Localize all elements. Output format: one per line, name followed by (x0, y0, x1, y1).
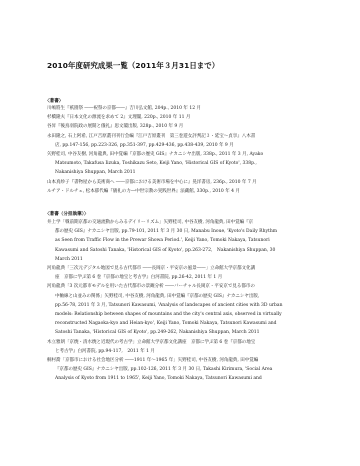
document-page: 2010年度研究成果一覧（2011年３月31日まで） 〈著書〉 川嶋將生『祇園祭… (0, 0, 360, 466)
list-item: 川嶋將生『祇園祭 ――祝祭の京都――』吉川弘文館, 204p., 2010 年 … (47, 104, 319, 113)
entry-line: Analysis of Kyoto from 1911 to 1965', Ke… (47, 374, 319, 383)
list-item: 河角龍典「3 次元都市モデルを用いた古代都市の景観分析 ――バーチャル長岡京・平… (47, 282, 319, 337)
entry-line: Matsumoto, Takafusa Iizuka, Toshikazu Se… (47, 159, 319, 168)
list-item: 谷昇『後鳥羽院政の展開と儀礼』思文閣出版, 328p., 2010 年 9 月 (47, 122, 319, 131)
entry-line: reconstructed Nagaoka-kyo and Heian-kyo'… (47, 319, 319, 328)
entry-line: as Seen from Traffic Flow in the Prewar … (47, 236, 319, 245)
entry-line: 井上学「戦前期京都の交通流動からみるデイリーリズム」矢野桂司, 中谷友樹, 河角… (47, 218, 319, 227)
list-item: ルチア・ドルチェ, 松本郁代編『儀礼の力―中世宗教の実践世界』法藏館, 330p… (47, 187, 319, 196)
section-heading-chapters: 〈著書（分担執筆）〉 (45, 211, 89, 217)
list-item: 井上学「戦前期京都の交通流動からみるデイリーリズム」矢野桂司, 中谷友樹, 河角… (47, 218, 319, 264)
entry-line: 座 京都に学ぶ第 6 巻『京都の地宝と考古学』白河書院, pp.26-42, 2… (47, 273, 319, 282)
entry-line: pp.56-78, 2011 年 3 月, Tatsunori Kawasumi… (47, 301, 319, 310)
entry-line: 杉橋隆夫『日本文化の源流を求めて 2』文理閣, 220p., 2010 年 11… (47, 113, 319, 122)
list-item: 桐村喬「京都市における社会地区分析 ――1911 年～1965 年」矢野桂司, … (47, 356, 319, 384)
entry-line: 永田隆之, 石上阿希, 江戸吉原叢刊刊行会編『江戸吉原叢刊 第三巻遊女評判記３・… (47, 132, 319, 141)
entry-line: 川嶋將生『祇園祭 ――祝祭の京都――』吉川弘文館, 204p., 2010 年 … (47, 104, 319, 113)
entry-line: Nakanishiya Shuppan, March 2011 (47, 168, 319, 177)
entry-line: 都の歴史 GIS』ナカニシヤ出版, pp.79-101, 2011 年 3 月 … (47, 227, 319, 236)
entry-line: 中軸線と山並みの関係」矢野桂司, 中谷友樹, 河角龍典, 田中覚編『京都の歴史 … (47, 292, 319, 301)
entry-line: Satoshi Tanaka, 'Historical GIS of Kyoto… (47, 328, 319, 337)
entry-line: と考古学』白河書院, pp.94-117, 2011 年 1 月 (47, 347, 319, 356)
list-item: 山本真紗子『書物屋から美術商へ ――京都における美術市場を中心に』晃洋書房, 2… (47, 178, 319, 187)
list-item: 河角龍典「三次元デジタル地図で見る古代都市 ――長岡京・平安京の風景――」立命館… (47, 264, 319, 282)
entry-line: 『京都の歴史 GIS』ナカニシヤ出版, pp.102-126, 2011 年 3… (47, 365, 319, 374)
entry-line: 谷昇『後鳥羽院政の展開と儀礼』思文閣出版, 328p., 2010 年 9 月 (47, 122, 319, 131)
list-item: 矢野桂司, 中谷友樹, 河角龍典, 田中覚編『京都の歴史 GIS』ナカニシヤ出版… (47, 150, 319, 178)
section-books-list: 川嶋將生『祇園祭 ――祝祭の京都――』吉川弘文館, 204p., 2010 年 … (47, 104, 319, 196)
entry-line: models: Relationship between shapes of m… (47, 310, 319, 319)
entry-line: 山本真紗子『書物屋から美術商へ ――京都における美術市場を中心に』晃洋書房, 2… (47, 178, 319, 187)
entry-line: 河角龍典「3 次元都市モデルを用いた古代都市の景観分析 ――バーチャル長岡京・平… (47, 282, 319, 291)
list-item: 木立雅朗「京焼・清水焼と近現代の考古学」立命館大学京都文化講座 京都に学ぶ第 6… (47, 338, 319, 356)
entry-line: 河角龍典「三次元デジタル地図で見る古代都市 ――長岡京・平安京の風景――」立命館… (47, 264, 319, 273)
entry-line: Kawasumi and Satoshi Tanaka, 'Historical… (47, 246, 319, 255)
entry-line: 桐村喬「京都市における社会地区分析 ――1911 年～1965 年」矢野桂司, … (47, 356, 319, 365)
entry-line: 木立雅朗「京焼・清水焼と近現代の考古学」立命館大学京都文化講座 京都に学ぶ第 6… (47, 338, 319, 347)
document-title: 2010年度研究成果一覧（2011年３月31日まで） (47, 60, 219, 71)
entry-line: March 2011 (47, 255, 319, 264)
list-item: 永田隆之, 石上阿希, 江戸吉原叢刊刊行会編『江戸吉原叢刊 第三巻遊女評判記３・… (47, 132, 319, 150)
entry-line: 矢野桂司, 中谷友樹, 河角龍典, 田中覚編『京都の歴史 GIS』ナカニシヤ出版… (47, 150, 319, 159)
section-chapters-list: 井上学「戦前期京都の交通流動からみるデイリーリズム」矢野桂司, 中谷友樹, 河角… (47, 218, 319, 384)
list-item: 杉橋隆夫『日本文化の源流を求めて 2』文理閣, 220p., 2010 年 11… (47, 113, 319, 122)
entry-line: ルチア・ドルチェ, 松本郁代編『儀礼の力―中世宗教の実践世界』法藏館, 330p… (47, 187, 319, 196)
entry-line: 店, pp.147-156, pp.223-326, pp.351-397, p… (47, 141, 319, 150)
